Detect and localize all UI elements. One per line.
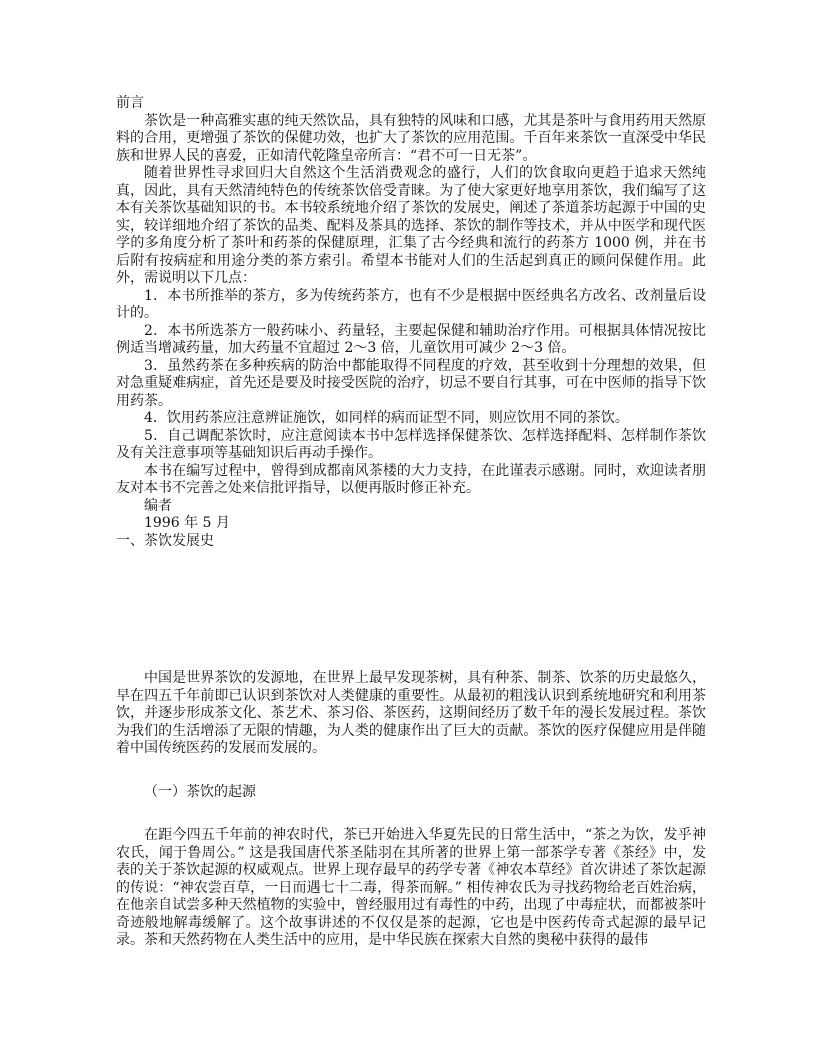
preface-note-5: 5．自己调配茶饮时，应注意阅读本书中怎样选择保健茶饮、怎样选择配料、怎样制作茶饮… bbox=[116, 428, 706, 463]
chapter-intro: 中国是世界茶饮的发源地，在世界上最早发现茶树，具有种茶、制茶、饮茶的历史最悠久，… bbox=[116, 670, 706, 758]
section-title: （一）茶饮的起源 bbox=[116, 784, 706, 802]
preface-note-3: 3．虽然药茶在多种疾病的防治中都能取得不同程度的疗效，甚至收到十分理想的效果，但… bbox=[116, 358, 706, 411]
chapter-title: 一、茶饮发展史 bbox=[116, 533, 706, 551]
preface-note-1: 1．本书所推举的茶方，多为传统药茶方，也有不少是根据中医经典名方改名、改剂量后设… bbox=[116, 288, 706, 323]
preface-note-4: 4．饮用药茶应注意辨证施饮，如同样的病而证型不同，则应饮用不同的茶饮。 bbox=[116, 410, 706, 428]
preface-signature: 编者 bbox=[116, 498, 706, 516]
preface-note-2: 2．本书所选茶方一般药味小、药量轻，主要起保健和辅助治疗作用。可根据具体情况按比… bbox=[116, 323, 706, 358]
preface-section: 前言 茶饮是一种高雅实惠的纯天然饮品，具有独特的风味和口感，尤其是茶叶与食用药用… bbox=[116, 95, 706, 550]
preface-date: 1996 年 5 月 bbox=[116, 515, 706, 533]
chapter-body: 中国是世界茶饮的发源地，在世界上最早发现茶树，具有种茶、制茶、饮茶的历史最悠久，… bbox=[116, 670, 706, 950]
preface-paragraph: 随着世界性寻求回归大自然这个生活消费观念的盛行，人们的饮食取向更趋于追求天然纯真… bbox=[116, 165, 706, 288]
preface-paragraph: 茶饮是一种高雅实惠的纯天然饮品，具有独特的风味和口感，尤其是茶叶与食用药用天然原… bbox=[116, 113, 706, 166]
preface-title: 前言 bbox=[116, 95, 706, 113]
section-paragraph: 在距今四五千年前的神农时代，茶已开始进入华夏先民的日常生活中，“茶之为饮，发乎神… bbox=[116, 827, 706, 950]
preface-acknowledgement: 本书在编写过程中，曾得到成都南风茶楼的大力支持，在此谨表示感谢。同时，欢迎读者朋… bbox=[116, 463, 706, 498]
